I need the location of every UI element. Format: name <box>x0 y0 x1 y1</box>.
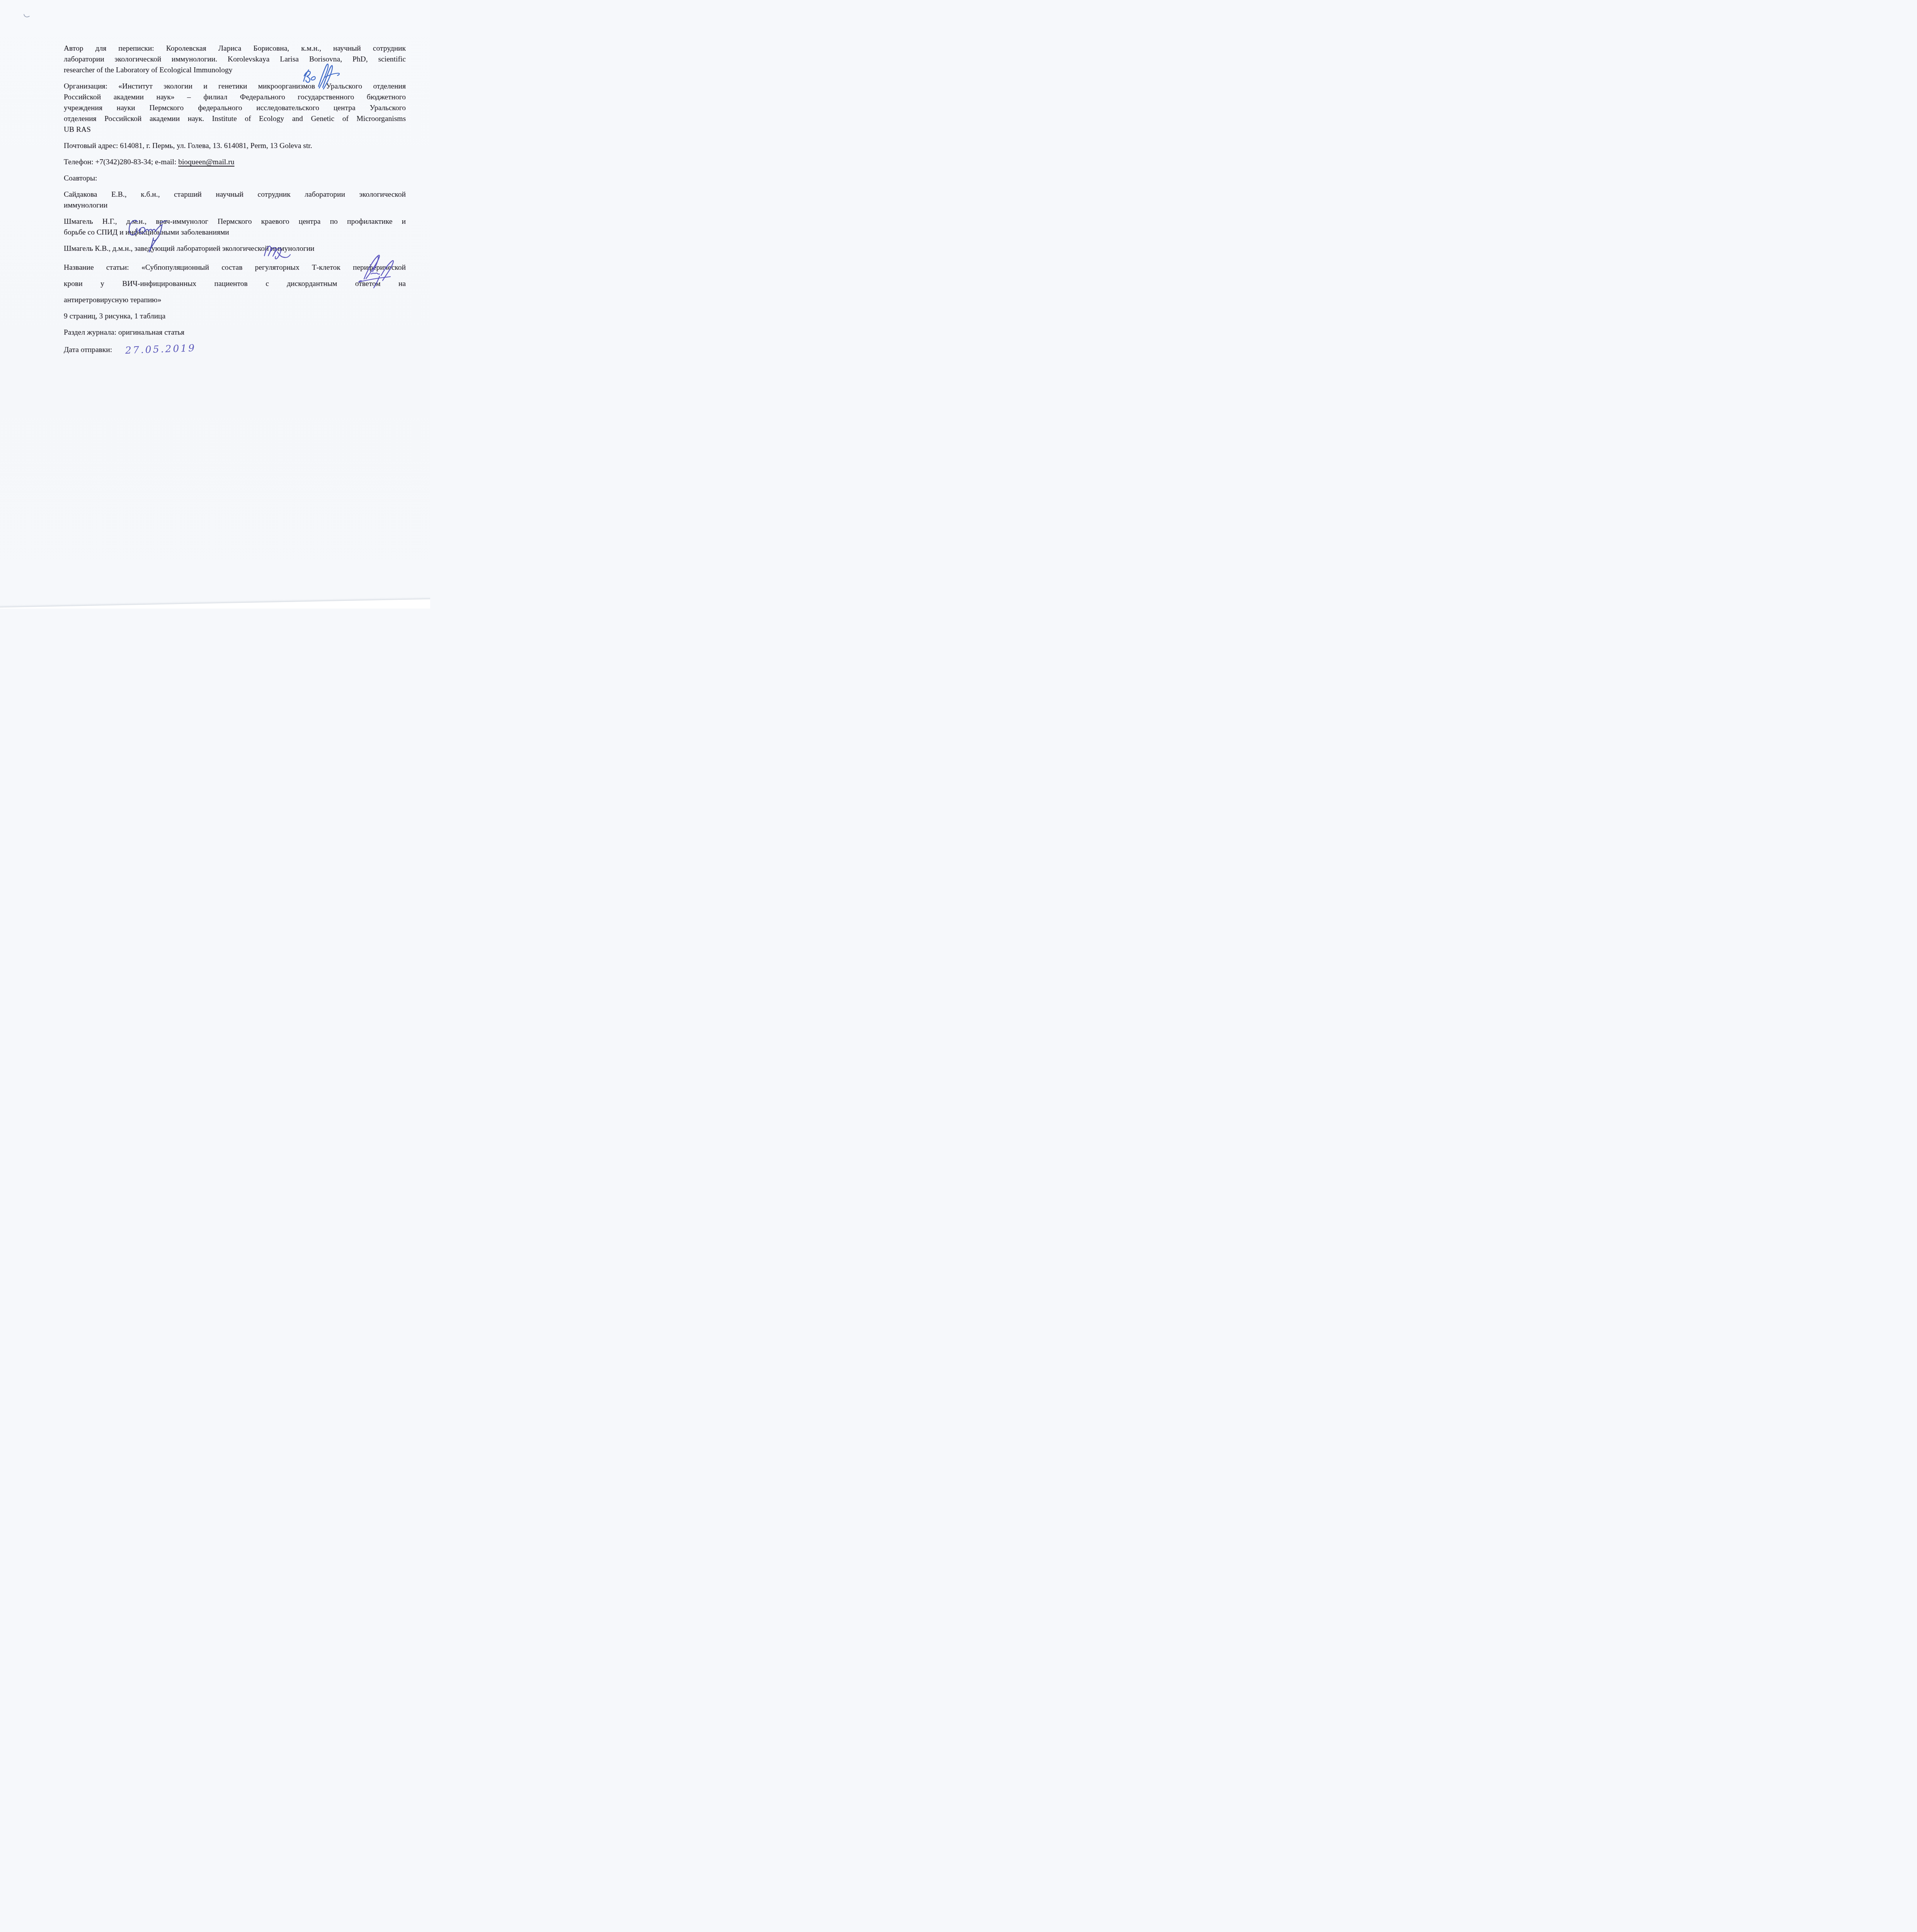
paper-edge <box>0 599 430 609</box>
paragraph-coauthor-shmagel-ng: Шмагель Н.Г., д.м.н., врач-иммунолог Пер… <box>64 216 406 238</box>
signature-saidakova-image <box>125 216 175 256</box>
text-line: отделения Российской академии наук. Inst… <box>64 114 406 124</box>
handwritten-sent-date: 27.05.2019 <box>125 340 196 359</box>
coauthors-heading: Соавторы: <box>64 173 406 184</box>
signature-korolevskaya-image <box>300 60 343 91</box>
signature-shmagel-kv-image <box>356 252 400 289</box>
text-line: антиретровирусную терапию» <box>64 292 406 308</box>
article-stats-line: 9 страниц, 3 рисунка, 1 таблица <box>64 308 406 325</box>
text-line: учреждения науки Пермского федерального … <box>64 103 406 114</box>
paragraph-sent-date: Дата отправки:27.05.2019 <box>64 341 406 357</box>
paragraph-organization: Организация: «Институт экологии и генети… <box>64 81 406 135</box>
paragraph-article-title: Название статьи: «Субпопуляционный соста… <box>64 260 406 308</box>
text-line: Шмагель К.В., д.м.н., заведующий лаборат… <box>64 243 406 254</box>
text-line: борьбе со СПИД и инфекционными заболеван… <box>64 227 406 238</box>
phone-text: Телефон: +7(342)280-83-34; e-mail: <box>64 158 178 166</box>
sent-date-line: Дата отправки:27.05.2019 <box>64 341 406 357</box>
document-text: Автор для переписки: Королевская Лариса … <box>64 43 406 357</box>
email-address: bioqueen@mail.ru <box>178 158 234 166</box>
text-line: Сайдакова Е.В., к.б.н., старший научный … <box>64 189 406 200</box>
paragraph-correspondence-author: Автор для переписки: Королевская Лариса … <box>64 43 406 76</box>
paragraph-coauthor-saidakova: Сайдакова Е.В., к.б.н., старший научный … <box>64 189 406 211</box>
text-line: иммунологии <box>64 200 406 211</box>
signature-shmagel-ng-image <box>260 239 298 263</box>
text-line: Автор для переписки: Королевская Лариса … <box>64 43 406 54</box>
scanned-page: Автор для переписки: Королевская Лариса … <box>0 0 430 609</box>
text-line: Название статьи: «Субпопуляционный соста… <box>64 260 406 276</box>
phone-email-line: Телефон: +7(342)280-83-34; e-mail: bioqu… <box>64 157 406 168</box>
paragraph-coauthor-shmagel-kv: Шмагель К.В., д.м.н., заведующий лаборат… <box>64 243 406 254</box>
text-line: Российской академии наук» – филиал Федер… <box>64 92 406 103</box>
paragraph-postal-address: Почтовый адрес: 614081, г. Пермь, ул. Го… <box>64 141 406 151</box>
paragraph-journal-section: Раздел журнала: оригинальная статья <box>64 325 406 341</box>
text-line: researcher of the Laboratory of Ecologic… <box>64 65 406 76</box>
stray-pen-mark <box>23 13 30 19</box>
postal-address-line: Почтовый адрес: 614081, г. Пермь, ул. Го… <box>64 141 406 151</box>
paragraph-phone-email: Телефон: +7(342)280-83-34; e-mail: bioqu… <box>64 157 406 168</box>
text-line: Шмагель Н.Г., д.м.н., врач-иммунолог Пер… <box>64 216 406 227</box>
paragraph-article-stats: 9 страниц, 3 рисунка, 1 таблица <box>64 308 406 325</box>
text-line: UB RAS <box>64 124 406 135</box>
paragraph-coauthors-heading: Соавторы: <box>64 173 406 184</box>
text-line: лаборатории экологической иммунологии. K… <box>64 54 406 65</box>
text-line: Организация: «Институт экологии и генети… <box>64 81 406 92</box>
sent-date-label: Дата отправки: <box>64 346 112 354</box>
text-line: крови у ВИЧ-инфицированных пациентов с д… <box>64 276 406 292</box>
journal-section-line: Раздел журнала: оригинальная статья <box>64 325 406 341</box>
